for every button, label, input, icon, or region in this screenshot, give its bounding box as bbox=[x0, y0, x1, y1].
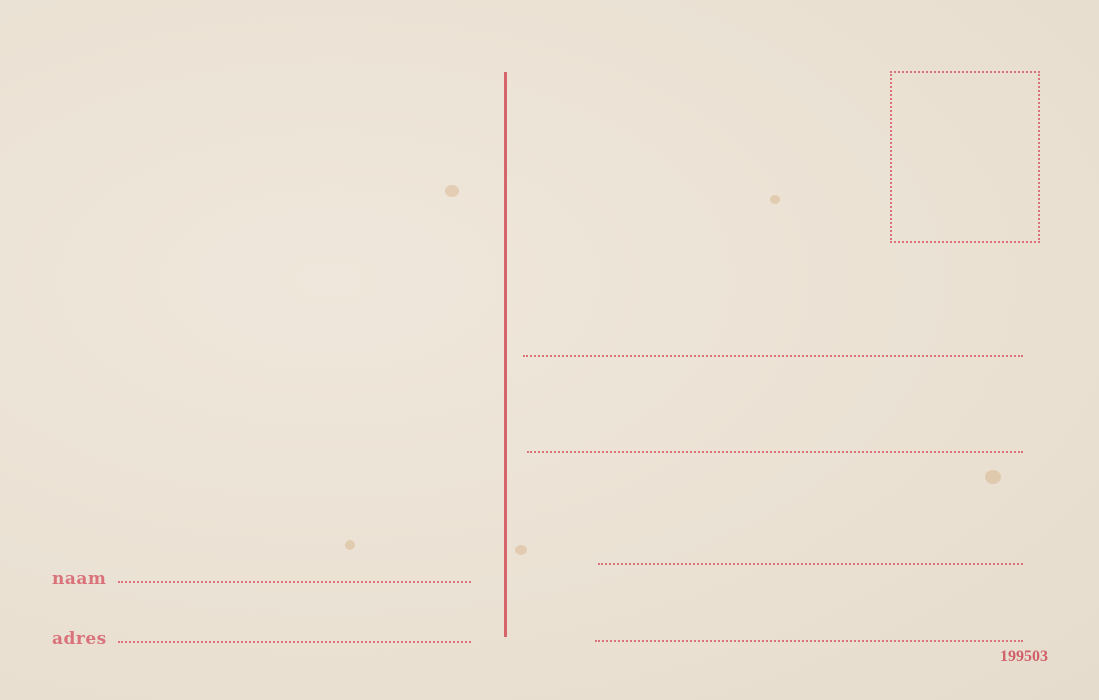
sender-name-line bbox=[118, 581, 471, 583]
stain bbox=[445, 185, 459, 197]
stain bbox=[515, 545, 527, 555]
stain bbox=[345, 540, 355, 550]
serial-number: 199503 bbox=[1000, 648, 1048, 666]
address-line-4 bbox=[595, 640, 1023, 642]
address-line-1 bbox=[523, 355, 1023, 357]
stain bbox=[770, 195, 780, 204]
postcard-back: naam adres 199503 bbox=[0, 0, 1099, 700]
sender-address-line bbox=[118, 641, 471, 643]
sender-address-label: adres bbox=[52, 629, 107, 649]
address-line-2 bbox=[527, 451, 1023, 453]
sender-name-label: naam bbox=[52, 569, 106, 589]
center-divider-line bbox=[504, 72, 507, 637]
address-line-3 bbox=[598, 563, 1023, 565]
stain bbox=[985, 470, 1001, 484]
stamp-placeholder-box bbox=[890, 71, 1040, 243]
